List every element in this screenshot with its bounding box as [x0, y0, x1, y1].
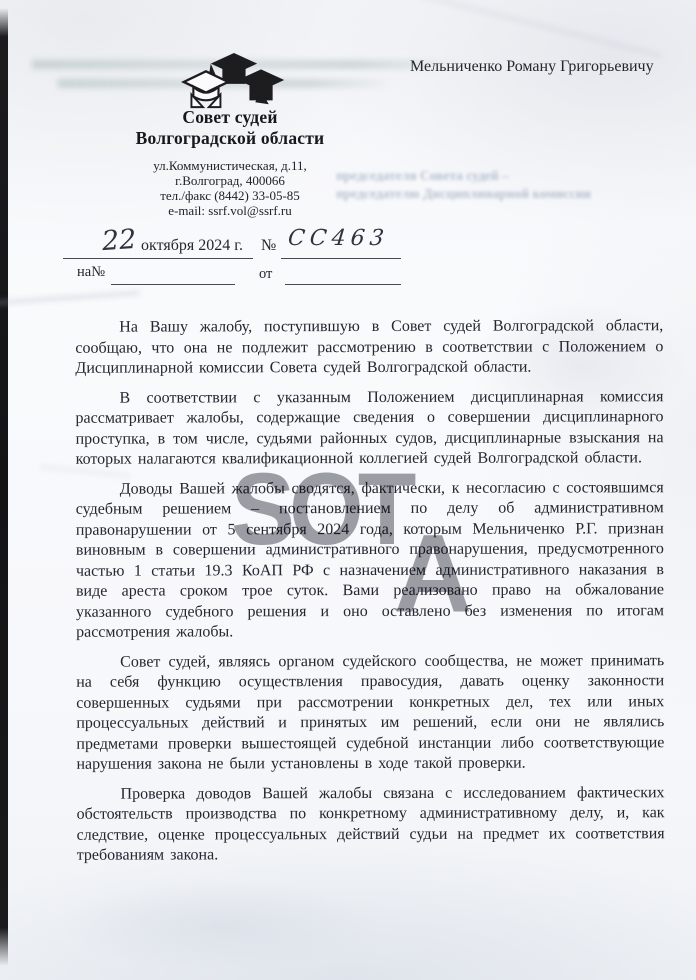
- reply-from-label: от: [259, 266, 272, 283]
- reply-to-number-label: на№: [77, 264, 105, 281]
- judge-caps-icon: [179, 52, 287, 110]
- org-address: ул.Коммунистическая, д.11, г.Волгоград, …: [85, 158, 375, 218]
- body-paragraph: Доводы Вашей жалобы сводятся, фактически…: [76, 478, 664, 644]
- scan-edge-shadow: [0, 8, 8, 966]
- bleed-through-text: председателя Совета судей – председателю…: [336, 167, 656, 203]
- paper-shading: [60, 880, 380, 970]
- scanned-letter-page: председателя Совета судей – председателю…: [0, 0, 696, 980]
- handwritten-date-day: 22: [101, 224, 137, 257]
- reply-number-underline: [111, 284, 235, 285]
- date-underline: [63, 258, 253, 259]
- number-sign: №: [261, 237, 276, 255]
- bleed-line: председателю Дисциплинарной комиссии: [336, 185, 656, 203]
- reply-date-underline: [285, 284, 401, 285]
- number-underline: [281, 258, 401, 259]
- recipient-name: Мельниченко Роману Григорьевичу: [410, 58, 676, 76]
- address-phone: тел./факс (8442) 33-05-85: [85, 188, 375, 203]
- handwritten-outgoing-number: СС463: [287, 226, 390, 251]
- body-paragraph: На Вашу жалобу, поступившую в Совет суде…: [75, 316, 663, 379]
- address-email: e-mail: ssrf.vol@ssrf.ru: [85, 203, 375, 218]
- paper-crease: [0, 291, 140, 305]
- address-street: ул.Коммунистическая, д.11,: [85, 158, 375, 173]
- org-name-line1: Совет судей: [85, 107, 375, 128]
- bleed-line: председателя Совета судей –: [336, 167, 656, 185]
- org-name-line2: Волгоградской области: [85, 128, 375, 149]
- address-city: г.Волгоград, 400066: [85, 173, 375, 188]
- body-paragraph: Совет судей, являясь органом судейского …: [76, 651, 664, 776]
- body-paragraph: В соответствии с указанным Положением ди…: [75, 387, 663, 471]
- letter-body: На Вашу жалобу, поступившую в Совет суде…: [75, 316, 664, 875]
- paper-crease: [419, 0, 662, 57]
- printed-date: октября 2024 г.: [141, 237, 243, 255]
- body-paragraph: Проверка доводов Вашей жалобы связана с …: [76, 783, 664, 867]
- org-name: Совет судей Волгоградской области: [85, 107, 375, 149]
